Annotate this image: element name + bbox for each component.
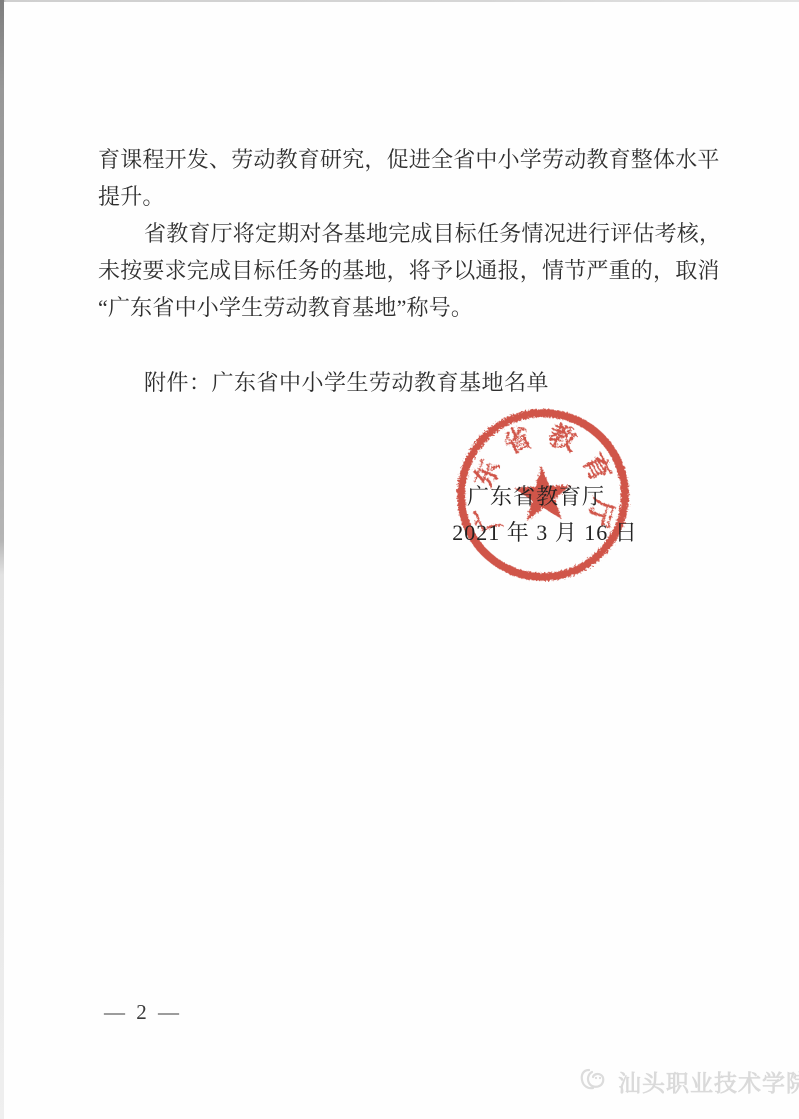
page-number: — 2 —: [104, 1000, 182, 1025]
document-body: 育课程开发、劳动教育研究，促进全省中小学劳动教育整体水平 提升。 省教育厅将定期…: [98, 141, 720, 326]
seal-char: 教: [545, 420, 581, 457]
scan-edge-left: [0, 0, 4, 1119]
body-line: 提升。: [98, 178, 720, 215]
college-logo-icon: [579, 1066, 613, 1096]
attachment-line: 附件：广东省中小学生劳动教育基地名单: [98, 364, 720, 401]
body-line: 育课程开发、劳动教育研究，促进全省中小学劳动教育整体水平: [98, 141, 720, 178]
watermark-label: 汕头职业技术学院: [618, 1065, 799, 1098]
signature-organization: 广东省教育厅: [426, 484, 646, 510]
scanned-document-page: 育课程开发、劳动教育研究，促进全省中小学劳动教育整体水平 提升。 省教育厅将定期…: [0, 0, 799, 1119]
seal-char: 省: [499, 421, 536, 460]
body-line: “广东省中小学生劳动教育基地”称号。: [98, 289, 720, 326]
body-line: 未按要求完成目标任务的基地，将予以通报，情节严重的，取消: [98, 252, 720, 289]
college-watermark: 汕头职业技术学院: [579, 1064, 799, 1098]
scan-edge-top: [0, 0, 799, 2]
body-line: 省教育厅将定期对各基地完成目标任务情况进行评估考核，: [98, 215, 720, 252]
signature-date: 2021 年 3 月 16 日: [425, 520, 665, 546]
